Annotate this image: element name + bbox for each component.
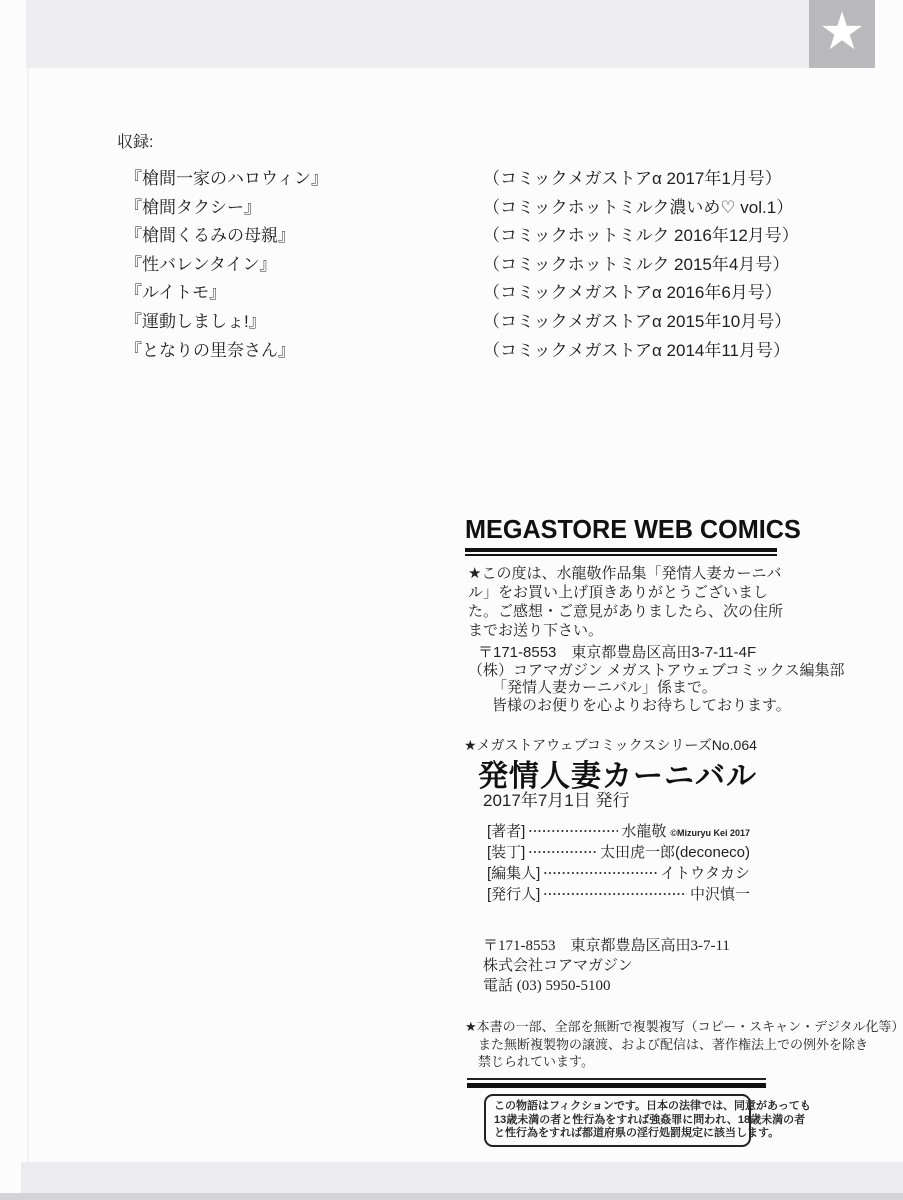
thanks-line: までお送り下さい。 [468, 621, 783, 640]
story-source: （コミックメガストアα 2016年6月号） [483, 279, 799, 308]
story-title: 『性バレンタイン』 [125, 251, 483, 280]
address-line: 皆様のお便りを心よりお待ちしております。 [468, 697, 845, 715]
dot-leader [528, 826, 618, 836]
credit-name: 水龍敬 [621, 820, 666, 841]
fiction-disclaimer-box: この物語はフィクションです。日本の法律では、同意があっても 13歳未満の者と性行… [484, 1094, 751, 1147]
credit-row: [著者] 水龍敬 ©Mizuryu Kei 2017 [487, 820, 750, 841]
dot-leader [528, 847, 597, 857]
thanks-line: ★この度は、水龍敬作品集「発情人妻カーニバ [468, 564, 783, 583]
publisher-line: 電話 (03) 5950-5100 [483, 976, 730, 996]
story-source: （コミックホットミルク濃いめ♡ vol.1） [483, 194, 799, 223]
publisher-logo: MEGASTORE WEB COMICS [465, 514, 777, 556]
divider-rules [467, 1078, 766, 1088]
bottom-page-edge [0, 1193, 903, 1200]
fiction-line: 13歳未満の者と性行為をすれば強姦罪に問われ、18歳未満の者 [494, 1114, 741, 1128]
credit-row: [編集人] イトウタカシ [487, 862, 750, 883]
story-source: （コミックホットミルク 2016年12月号） [483, 222, 799, 251]
publisher-line: 株式会社コアマガジン [483, 956, 730, 976]
toc-section: 収録: 『槍間一家のハロウィン』 （コミックメガストアα 2017年1月号） 『… [117, 133, 799, 365]
credit-label: [発行人] [487, 883, 540, 904]
rule-thick [467, 1083, 766, 1088]
copyright-line: ★本書の一部、全部を無断で複製複写（コピー・スキャン・デジタル化等） [465, 1018, 903, 1036]
story-title: 『槍間一家のハロウィン』 [125, 165, 483, 194]
credit-copyright: ©Mizuryu Kei 2017 [670, 828, 750, 838]
copyright-line: また無断複製物の譲渡、および配信は、著作権法上での例外を除き [465, 1036, 903, 1054]
toc-list: 『槍間一家のハロウィン』 （コミックメガストアα 2017年1月号） 『槍間タク… [125, 165, 799, 365]
rule-thin [467, 1078, 766, 1080]
credit-label: [装丁] [487, 841, 525, 862]
story-source: （コミックメガストアα 2017年1月号） [483, 165, 799, 194]
logo-text: MEGASTORE WEB COMICS [465, 514, 768, 545]
credits-list: [著者] 水龍敬 ©Mizuryu Kei 2017 [装丁] 太田虎一郎(de… [487, 820, 750, 904]
story-source: （コミックメガストアα 2015年10月号） [483, 308, 799, 337]
editorial-address: 〒171-8553 東京都豊島区高田3-7-11-4F （株）コアマガジン メガ… [468, 644, 845, 714]
story-title: 『となりの里奈さん』 [125, 337, 483, 366]
credit-row: [発行人] 中沢慎一 [487, 883, 750, 904]
credit-label: [編集人] [487, 862, 540, 883]
fiction-line: と性行為をすれば都道府県の淫行処罰規定に該当します。 [494, 1127, 741, 1141]
story-title: 『槍間くるみの母親』 [125, 222, 483, 251]
credit-name: イトウタカシ [660, 862, 750, 883]
story-title: 『ルイトモ』 [125, 279, 483, 308]
publisher-address: 〒171-8553 東京都豊島区高田3-7-11 株式会社コアマガジン 電話 (… [483, 936, 730, 996]
story-title: 『運動しましょ!』 [125, 308, 483, 337]
colophon-page: ★ 収録: 『槍間一家のハロウィン』 （コミックメガストアα 2017年1月号）… [0, 0, 903, 1200]
thanks-line: ル」をお買い上げ頂きありがとうございまし [468, 583, 783, 602]
credit-name: 太田虎一郎(deconeco) [600, 841, 750, 862]
story-source: （コミックメガストアα 2014年11月号） [483, 337, 799, 366]
credit-row: [装丁] 太田虎一郎(deconeco) [487, 841, 750, 862]
logo-rule-thin [465, 554, 777, 556]
copyright-line: 禁じられています。 [465, 1053, 903, 1071]
page-edge-line [27, 68, 29, 1162]
publisher-line: 〒171-8553 東京都豊島区高田3-7-11 [483, 936, 730, 956]
address-line: 〒171-8553 東京都豊島区高田3-7-11-4F [468, 644, 845, 662]
top-scan-band [26, 0, 809, 68]
story-source: （コミックホットミルク 2015年4月号） [483, 251, 799, 280]
fiction-line: この物語はフィクションです。日本の法律では、同意があっても [494, 1100, 741, 1114]
dot-leader [543, 868, 657, 878]
star-icon: ★ [819, 6, 866, 58]
thanks-paragraph: ★この度は、水龍敬作品集「発情人妻カーニバ ル」をお買い上げ頂きありがとうござい… [468, 564, 783, 640]
dot-leader [543, 889, 687, 899]
star-corner-box: ★ [809, 0, 875, 68]
logo-rule-thick [465, 548, 777, 552]
address-line: （株）コアマガジン メガストアウェブコミックス編集部 [468, 662, 845, 680]
toc-heading: 収録: [117, 133, 799, 153]
publish-date: 2017年7月1日 発行 [483, 786, 629, 811]
address-line: 「発情人妻カーニバル」係まで。 [468, 679, 845, 697]
story-title: 『槍間タクシー』 [125, 194, 483, 223]
credit-name: 中沢慎一 [690, 883, 750, 904]
credit-label: [著者] [487, 820, 525, 841]
copyright-notice: ★本書の一部、全部を無断で複製複写（コピー・スキャン・デジタル化等） また無断複… [465, 1018, 903, 1071]
thanks-line: た。ご感想・ご意見がありましたら、次の住所 [468, 602, 783, 621]
